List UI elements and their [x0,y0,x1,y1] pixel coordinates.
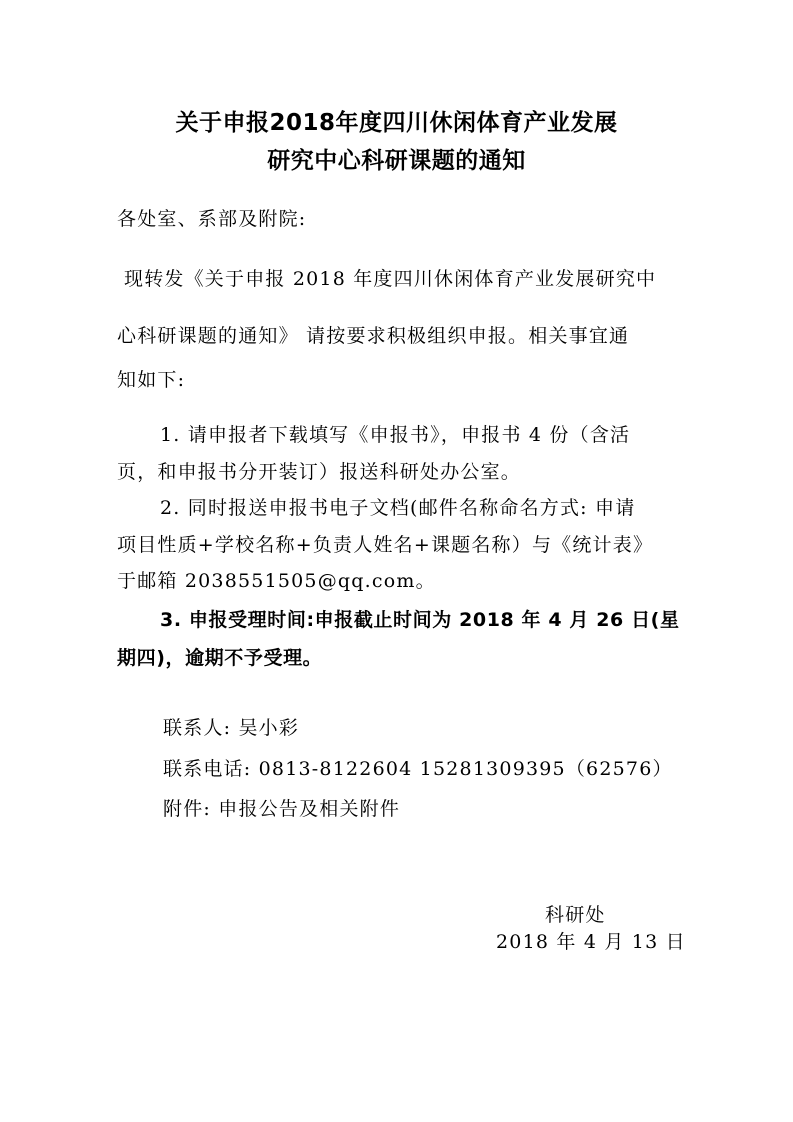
item-2-line-2: 项目性质+学校名称+负责人姓名+课题名称）与《统计表》 [117,533,653,557]
item-2-line-3: 于邮箱 2038551505@qq.com。 [117,569,436,593]
item-3-line-1: 3. 申报受理时间:申报截止时间为 2018 年 4 月 26 日(星 [160,608,680,632]
contact-phone: 联系电话: 0813-8122604 15281309395（62576） [163,757,673,781]
notice-document: 关于申报2018年度四川休闲体育产业发展 研究中心科研课题的通知 各处室、系部及… [0,0,793,1122]
signature-date: 2018 年 4 月 13 日 [496,930,686,954]
item-3-line-2: 期四)，逾期不予受理。 [117,646,322,670]
intro-line-1: 现转发《关于申报 2018 年度四川休闲体育产业发展研究中 [124,267,656,291]
intro-line-3: 知如下: [117,368,185,392]
title-line-1: 关于申报2018年度四川休闲体育产业发展 [0,108,793,138]
item-2-line-1: 2. 同时报送申报书电子文档(邮件名称命名方式: 申请 [160,496,635,520]
attachment-note: 附件: 申报公告及相关附件 [163,797,400,821]
salutation: 各处室、系部及附院: [117,207,306,231]
title-line-2: 研究中心科研课题的通知 [0,146,793,176]
item-1-line-1: 1. 请申报者下载填写《申报书》，申报书 4 份（含活 [160,423,630,447]
contact-person: 联系人: 吴小彩 [163,716,299,740]
signature-department: 科研处 [545,903,606,927]
item-1-line-2: 页，和申报书分开装订）报送科研处办公室。 [117,460,521,484]
intro-line-2: 心科研课题的通知》 请按要求积极组织申报。相关事宜通 [117,324,629,348]
